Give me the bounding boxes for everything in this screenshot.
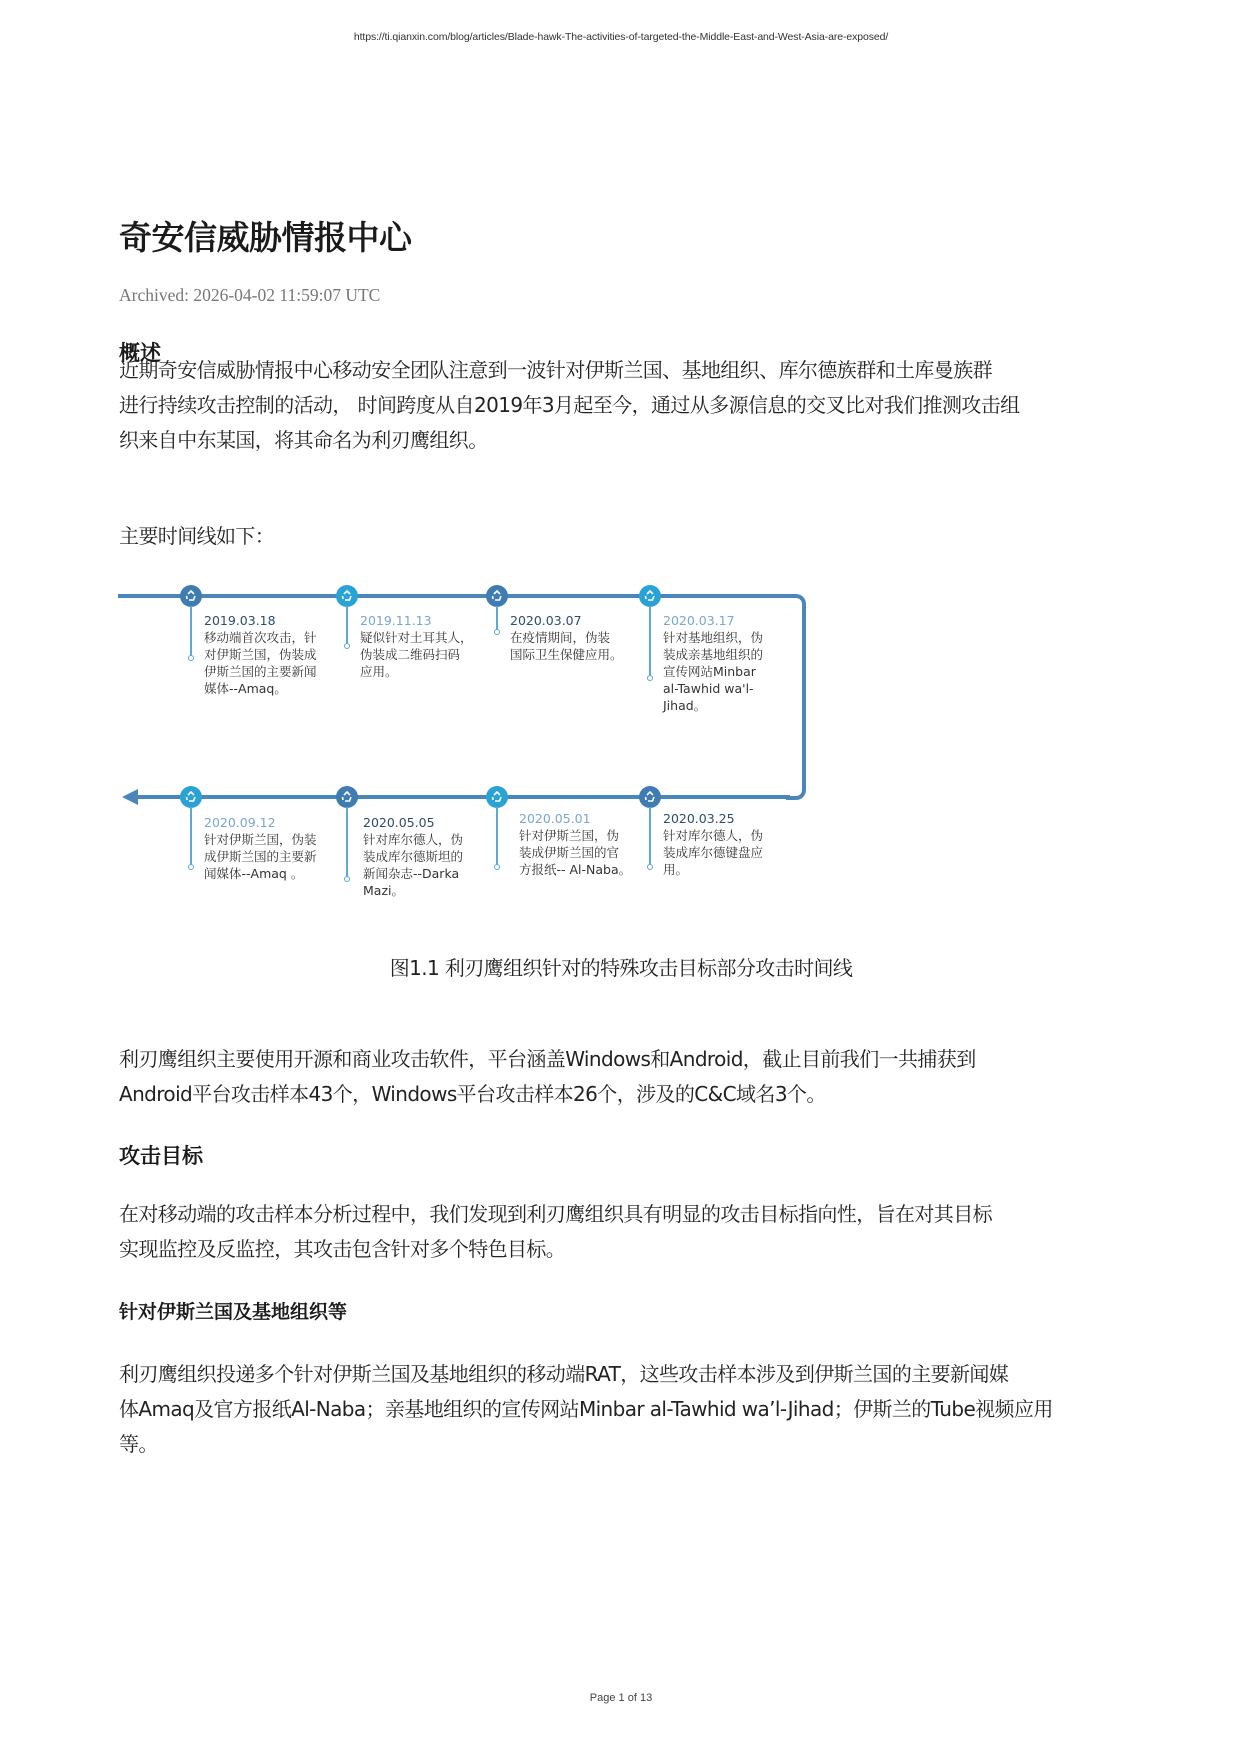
isis-paragraph: 利刃鹰组织投递多个针对伊斯兰国及基地组织的移动端RAT，这些攻击样本涉及到伊斯兰… [119, 1357, 1129, 1462]
timeline-event: 2020.09.12 针对伊斯兰国，伪装 成伊斯兰国的主要新 闻媒体--Amaq… [204, 814, 339, 882]
timeline-event: 2020.03.25 针对库尔德人，伪 装成库尔德键盘应 用。 [663, 810, 798, 878]
recycle-node-icon [336, 585, 358, 607]
text-line: 等。 [119, 1427, 1129, 1462]
stem-end-dot [188, 864, 194, 870]
timeline-stem [346, 606, 348, 646]
event-text: 伊斯兰国的主要新闻 [204, 663, 339, 680]
timeline-figure: 2019.03.18 移动端首次攻击，针 对伊斯兰国，伪装成 伊斯兰国的主要新闻… [118, 575, 808, 935]
recycle-node-icon [336, 786, 358, 808]
event-text: al-Tawhid wa'l- [663, 680, 798, 697]
timeline-stem [190, 606, 192, 658]
timeline-event: 2020.03.07 在疫情期间，伪装 国际卫生保健应用。 [510, 612, 645, 663]
text-line: 在对移动端的攻击样本分析过程中，我们发现到利刃鹰组织具有明显的攻击目标指向性，旨… [119, 1197, 1129, 1232]
event-text: 移动端首次攻击，针 [204, 629, 339, 646]
timeline-event: 2020.05.01 针对伊斯兰国，伪 装成伊斯兰国的官 方报纸-- Al-Na… [519, 810, 654, 878]
text-line: 利刃鹰组织投递多个针对伊斯兰国及基地组织的移动端RAT，这些攻击样本涉及到伊斯兰… [119, 1357, 1129, 1392]
event-text: 新闻杂志--Darka [363, 865, 498, 882]
timeline-line-right [802, 611, 806, 785]
event-date: 2020.05.01 [519, 810, 654, 827]
event-date: 2020.05.05 [363, 814, 498, 831]
text-line: Android平台攻击样本43个，Windows平台攻击样本26个，涉及的C&C… [119, 1077, 1129, 1112]
source-url: https://ti.qianxin.com/blog/articles/Bla… [0, 31, 1242, 43]
event-date: 2020.03.07 [510, 612, 645, 629]
timeline-stem [649, 606, 651, 678]
subsection-heading: 针对伊斯兰国及基地组织等 [119, 1297, 347, 1324]
event-text: 在疫情期间，伪装 [510, 629, 645, 646]
section-heading-targets: 攻击目标 [119, 1140, 203, 1170]
text-line: 主要时间线如下： [119, 519, 1129, 554]
figure-caption: 图1.1 利刃鹰组织针对的特殊攻击目标部分攻击时间线 [0, 952, 1242, 981]
recycle-node-icon [486, 585, 508, 607]
event-text: 应用。 [360, 663, 495, 680]
event-text: 国际卫生保健应用。 [510, 646, 645, 663]
event-text: 针对伊斯兰国，伪装 [204, 831, 339, 848]
event-text: Jihad。 [663, 697, 798, 714]
event-text: 装成亲基地组织的 [663, 646, 798, 663]
text-line: 体Amaq及官方报纸Al-Naba；亲基地组织的宣传网站Minbar al-Ta… [119, 1392, 1129, 1427]
event-text: 疑似针对土耳其人， [360, 629, 495, 646]
timeline-arrow-left-icon [122, 789, 138, 805]
event-text: 装成库尔德斯坦的 [363, 848, 498, 865]
text-line: 近期奇安信威胁情报中心移动安全团队注意到一波针对伊斯兰国、基地组织、库尔德族群和… [119, 353, 1129, 388]
event-text: 用。 [663, 861, 798, 878]
targets-paragraph: 在对移动端的攻击样本分析过程中，我们发现到利刃鹰组织具有明显的攻击目标指向性，旨… [119, 1197, 1129, 1267]
event-text: 装成伊斯兰国的官 [519, 844, 654, 861]
timeline-line-bottom [134, 795, 790, 799]
page-title: 奇安信威胁情报中心 [119, 212, 412, 259]
recycle-node-icon [180, 786, 202, 808]
timeline-line-top [118, 594, 790, 598]
event-text: 成伊斯兰国的主要新 [204, 848, 339, 865]
event-date: 2020.03.25 [663, 810, 798, 827]
event-text: Mazi。 [363, 882, 498, 899]
stem-end-dot [188, 655, 194, 661]
timeline-event: 2019.03.18 移动端首次攻击，针 对伊斯兰国，伪装成 伊斯兰国的主要新闻… [204, 612, 339, 697]
timeline-event: 2020.05.05 针对库尔德人，伪 装成库尔德斯坦的 新闻杂志--Darka… [363, 814, 498, 899]
recycle-node-icon [639, 786, 661, 808]
stem-end-dot [344, 643, 350, 649]
event-text: 针对库尔德人，伪 [663, 827, 798, 844]
event-text: 针对伊斯兰国，伪 [519, 827, 654, 844]
event-text: 装成库尔德键盘应 [663, 844, 798, 861]
text-line: 利刃鹰组织主要使用开源和商业攻击软件，平台涵盖Windows和Android，截… [119, 1042, 1129, 1077]
event-text: 方报纸-- Al-Naba。 [519, 861, 654, 878]
recycle-node-icon [180, 585, 202, 607]
event-date: 2019.03.18 [204, 612, 339, 629]
recycle-node-icon [639, 585, 661, 607]
event-text: 对伊斯兰国，伪装成 [204, 646, 339, 663]
recycle-node-icon [486, 786, 508, 808]
event-text: 针对库尔德人，伪 [363, 831, 498, 848]
event-text: 针对基地组织，伪 [663, 629, 798, 646]
page-number: Page 1 of 13 [0, 1692, 1242, 1704]
event-date: 2020.09.12 [204, 814, 339, 831]
event-date: 2020.03.17 [663, 612, 798, 629]
stem-end-dot [344, 876, 350, 882]
text-line: 织来自中东某国，将其命名为利刃鹰组织。 [119, 423, 1129, 458]
event-date: 2019.11.13 [360, 612, 495, 629]
archived-timestamp: Archived: 2026-04-02 11:59:07 UTC [119, 285, 380, 306]
event-text: 伪装成二维码扫码 [360, 646, 495, 663]
timeline-event: 2020.03.17 针对基地组织，伪 装成亲基地组织的 宣传网站Minbar … [663, 612, 798, 714]
timeline-intro: 主要时间线如下： [119, 519, 1129, 554]
stem-end-dot [647, 675, 653, 681]
text-line: 进行持续攻击控制的活动， 时间跨度从自2019年3月起至今，通过从多源信息的交叉… [119, 388, 1129, 423]
event-text: 媒体--Amaq。 [204, 680, 339, 697]
summary-paragraph: 利刃鹰组织主要使用开源和商业攻击软件，平台涵盖Windows和Android，截… [119, 1042, 1129, 1112]
event-text: 闻媒体--Amaq 。 [204, 865, 339, 882]
text-line: 实现监控及反监控，其攻击包含针对多个特色目标。 [119, 1232, 1129, 1267]
timeline-stem [190, 807, 192, 867]
timeline-stem [346, 807, 348, 879]
event-text: 宣传网站Minbar [663, 663, 798, 680]
timeline-event: 2019.11.13 疑似针对土耳其人， 伪装成二维码扫码 应用。 [360, 612, 495, 680]
overview-paragraph: 近期奇安信威胁情报中心移动安全团队注意到一波针对伊斯兰国、基地组织、库尔德族群和… [119, 353, 1129, 458]
